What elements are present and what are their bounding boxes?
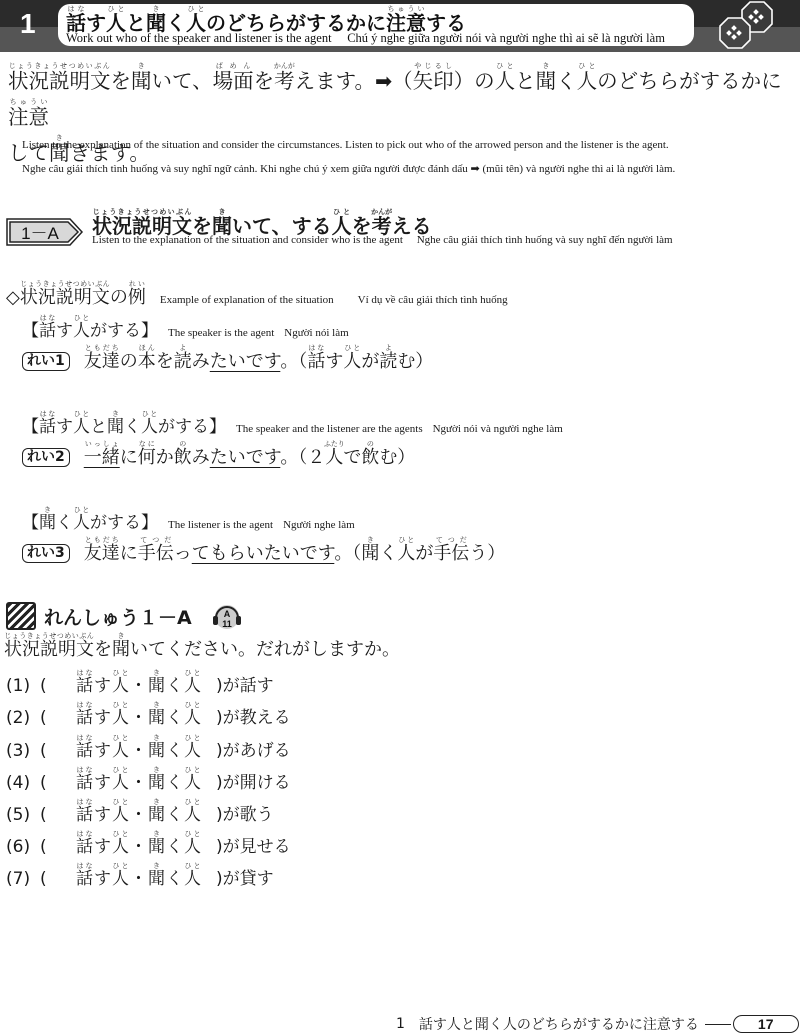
arrow-icon: ➡ <box>375 69 392 93</box>
case-heading-listener: 【聞きく人ひとがする】The listener is the agentNgườ… <box>22 506 355 533</box>
question-item: (2)( 話はなす人ひと・聞きく人ひと )が教える <box>6 696 291 728</box>
page-number: 17 <box>733 1015 799 1033</box>
example-1: れい1友達ともだちの本ほんを読よみたいです。（話はなす人ひとが読よむ） <box>22 344 433 373</box>
chapter-number: 1 <box>20 8 36 40</box>
svg-text:A: A <box>223 609 230 619</box>
page-footer: 1 話す人と聞く人のどちらがするかに注意する 17 <box>396 1014 799 1034</box>
answer-choices[interactable]: 話はなす人ひと・聞きく人ひと <box>76 766 216 793</box>
example-tag: れい3 <box>22 544 70 563</box>
practice-instruction: 状況説明文じょうきょうせつめいぶんを聞きいてください。だれがしますか。 <box>4 632 400 661</box>
example-3: れい3友達ともだちに手伝てつだってもらいたいです。（聞きく人ひとが手伝てつだう） <box>22 536 505 565</box>
section-badge: 1－A <box>6 218 84 246</box>
example-tag: れい1 <box>22 352 70 371</box>
intro-vietnamese: Nghe câu giải thích tình huống và suy ng… <box>22 162 675 175</box>
footer-chapter: 1 <box>396 1016 405 1032</box>
practice-heading: れんしゅう１－A A 11 <box>6 602 244 630</box>
case-heading-speaker: 【話はなす人ひとがする】The speaker is the agentNgườ… <box>22 314 349 341</box>
intro-text: 状況説明文じょうきょうせつめいぶんを聞きいて、場面ばめんを考かんがえます。➡（矢… <box>8 62 788 171</box>
question-item: (1)( 話はなす人ひと・聞きく人ひと )が話す <box>6 664 291 696</box>
answer-choices[interactable]: 話はなす人ひと・聞きく人ひと <box>76 862 216 889</box>
case-heading-both: 【話はなす人ひとと聞きく人ひとがする】The speaker and the l… <box>22 410 563 437</box>
section-subtitle: Listen to the explanation of the situati… <box>92 234 673 246</box>
octagon-knot-icon <box>698 0 788 52</box>
example-tag: れい2 <box>22 448 70 467</box>
answer-choices[interactable]: 話はなす人ひと・聞きく人ひと <box>76 669 216 696</box>
practice-stripes-icon <box>6 602 36 630</box>
question-list: (1)( 話はなす人ひと・聞きく人ひと )が話す (2)( 話はなす人ひと・聞き… <box>6 664 291 889</box>
question-item: (7)( 話はなす人ひと・聞きく人ひと )が貸す <box>6 857 291 889</box>
answer-choices[interactable]: 話はなす人ひと・聞きく人ひと <box>76 701 216 728</box>
chapter-subtitle: Work out who of the speaker and listener… <box>66 31 665 46</box>
question-item: (3)( 話はなす人ひと・聞きく人ひと )があげる <box>6 728 291 760</box>
chapter-header: 1 話はなす人ひとと聞きく人ひとのどちらがするかに注意ちゅういする Work o… <box>0 0 800 52</box>
svg-text:1－A: 1－A <box>21 224 59 243</box>
chapter-title-box: 話はなす人ひとと聞きく人ひとのどちらがするかに注意ちゅういする Work out… <box>58 4 694 46</box>
svg-text:11: 11 <box>222 619 232 629</box>
footer-title: 話す人と聞く人のどちらがするかに注意する <box>419 1014 699 1034</box>
question-item: (4)( 話はなす人ひと・聞きく人ひと )が開ける <box>6 761 291 793</box>
example-2: れい2一緒いっしょに何なにか飲のみたいです。（２人ふたりで飲のむ） <box>22 440 415 469</box>
question-item: (5)( 話はなす人ひと・聞きく人ひと )が歌う <box>6 793 291 825</box>
intro-english: Listen to the explanation of the situati… <box>22 139 669 151</box>
practice-title: れんしゅう１－A <box>44 603 192 630</box>
footer-divider <box>705 1024 731 1025</box>
examples-heading: ◇状況説明文じょうきょうせつめいぶんの例れいExample of explana… <box>6 280 508 309</box>
answer-choices[interactable]: 話はなす人ひと・聞きく人ひと <box>76 830 216 857</box>
answer-choices[interactable]: 話はなす人ひと・聞きく人ひと <box>76 798 216 825</box>
answer-choices[interactable]: 話はなす人ひと・聞きく人ひと <box>76 734 216 761</box>
question-item: (6)( 話はなす人ひと・聞きく人ひと )が見せる <box>6 825 291 857</box>
audio-track-icon[interactable]: A 11 <box>210 602 244 630</box>
